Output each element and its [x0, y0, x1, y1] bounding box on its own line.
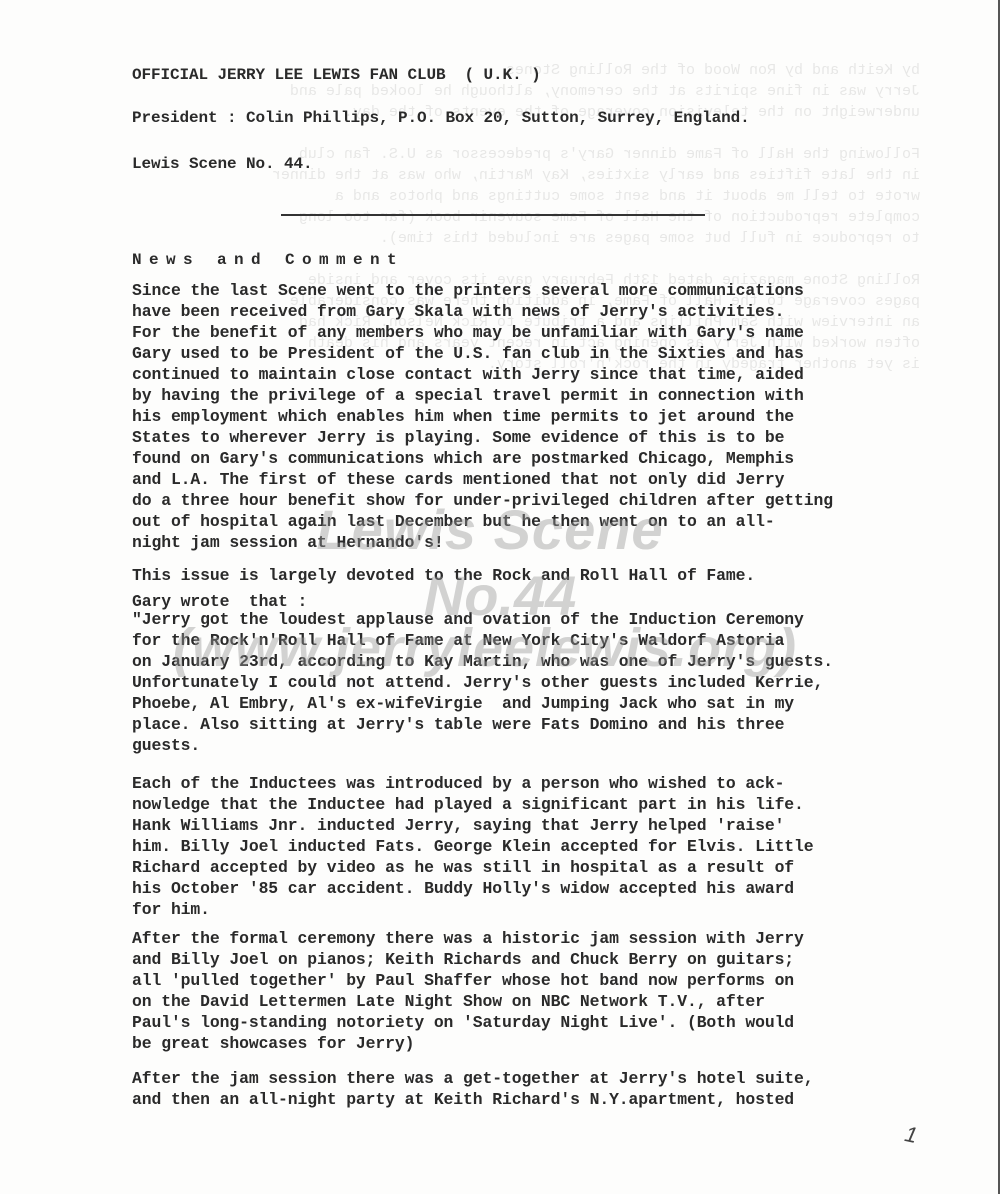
paragraph-line: by having the privilege of a special tra…: [132, 386, 804, 405]
paragraph-line: Richard accepted by video as he was stil…: [132, 858, 794, 877]
paragraph-line: Gary wrote that :: [132, 592, 307, 611]
paragraph-line: Gary used to be President of the U.S. fa…: [132, 344, 804, 363]
club-name-heading: OFFICIAL JERRY LEE LEWIS FAN CLUB ( U.K.…: [132, 66, 541, 84]
paragraph-line: After the jam session there was a get-to…: [132, 1069, 814, 1088]
paragraph-line: Hank Williams Jnr. inducted Jerry, sayin…: [132, 816, 784, 835]
president-address: President : Colin Phillips, P.O. Box 20,…: [132, 109, 750, 127]
paragraph-line: Paul's long-standing notoriety on 'Satur…: [132, 1013, 794, 1032]
paragraph-line: Each of the Inductees was introduced by …: [132, 774, 784, 793]
issue-number: Lewis Scene No. 44.: [132, 155, 313, 173]
paragraph-line: do a three hour benefit show for under-p…: [132, 491, 833, 510]
paragraph-line: "Jerry got the loudest applause and ovat…: [132, 610, 804, 629]
paragraph-line: found on Gary's communications which are…: [132, 449, 794, 468]
paragraph-line: Since the last Scene went to the printer…: [132, 281, 804, 300]
paragraph-line: and then an all-night party at Keith Ric…: [132, 1090, 794, 1109]
paragraph-line: States to wherever Jerry is playing. Som…: [132, 428, 784, 447]
paragraph-line: place. Also sitting at Jerry's table wer…: [132, 715, 784, 734]
paragraph-line: Phoebe, Al Embry, Al's ex-wifeVirgie and…: [132, 694, 794, 713]
paragraph-line: be great showcases for Jerry): [132, 1034, 414, 1053]
paragraph-line: him. Billy Joel inducted Fats. George Kl…: [132, 837, 814, 856]
paragraph-line: and Billy Joel on pianos; Keith Richards…: [132, 950, 794, 969]
paragraph-line: on the David Lettermen Late Night Show o…: [132, 992, 765, 1011]
page-number: 1: [902, 1121, 919, 1149]
paragraph-line: After the formal ceremony there was a hi…: [132, 929, 804, 948]
paragraph-line: for the Rock'n'Roll Hall of Fame at New …: [132, 631, 784, 650]
paragraph-line: his October '85 car accident. Buddy Holl…: [132, 879, 794, 898]
paragraph-line: For the benefit of any members who may b…: [132, 323, 804, 342]
paragraph-line: for him.: [132, 900, 210, 919]
paragraph-line: on January 23rd, according to Kay Martin…: [132, 652, 833, 671]
paragraph-line: and L.A. The first of these cards mentio…: [132, 470, 784, 489]
paragraph-line: guests.: [132, 736, 200, 755]
paragraph-line: This issue is largely devoted to the Roc…: [132, 566, 755, 585]
paragraph-line: his employment which enables him when ti…: [132, 407, 794, 426]
paragraph-line: nowledge that the Inductee had played a …: [132, 795, 804, 814]
paragraph-line: night jam session at Hernando's!: [132, 533, 444, 552]
paragraph-line: all 'pulled together' by Paul Shaffer wh…: [132, 971, 794, 990]
paragraph-line: out of hospital again last December but …: [132, 512, 775, 531]
paragraph-line: continued to maintain close contact with…: [132, 365, 804, 384]
paragraph-line: have been received from Gary Skala with …: [132, 302, 784, 321]
paragraph-line: Unfortunately I could not attend. Jerry'…: [132, 673, 823, 692]
section-title: News and Comment: [132, 251, 404, 269]
header-divider: [281, 214, 705, 216]
